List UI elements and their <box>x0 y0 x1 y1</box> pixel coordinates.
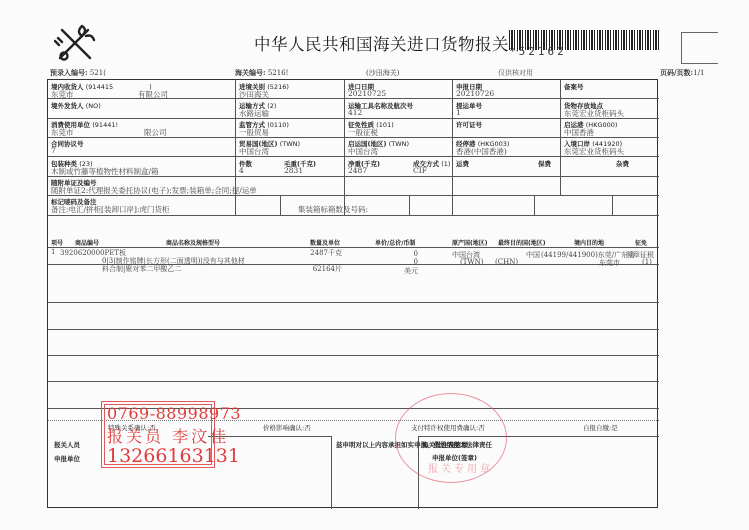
record-no-label: 备案号 <box>564 82 584 91</box>
dest-country-code: (CHN) <box>495 258 518 266</box>
page-indicator: 页码/页数:1/1 <box>660 68 704 78</box>
th-goods-name: 商品名称及规格型号 <box>166 238 220 247</box>
quantity-2: 62164片 <box>297 264 342 274</box>
unit-price: 0 <box>378 250 418 258</box>
th-origin: 原产国(地区) <box>452 238 488 247</box>
transaction-mode-value: CIF <box>413 166 427 175</box>
origin-code: (TWN) <box>460 258 483 266</box>
th-item-no: 项号 <box>51 238 63 247</box>
gross-weight-value: 2831 <box>284 166 303 175</box>
th-levy: 征免 <box>635 238 647 247</box>
th-hs-code: 商品编号 <box>75 238 99 247</box>
origin-country-value: 中国台湾 <box>348 146 378 157</box>
levy-nature-value: 一般征税 <box>348 127 378 138</box>
broker-phone: 0769-88998973 <box>107 404 241 423</box>
broker-mobile: 13266163131 <box>107 445 240 467</box>
customs-office: (沙田海关) <box>366 68 399 78</box>
supervision-value: 一般贸易 <box>239 127 269 138</box>
documents-value: 随附单证2:代理报关委托协议(电子);发票;装箱单;合同;提/运单 <box>51 185 257 196</box>
transport-mode-value: 水路运输 <box>239 108 269 119</box>
departure-port-value: 中国香港 <box>564 127 594 138</box>
trade-country-value: 中国台湾 <box>239 146 269 157</box>
customs-emblem-icon <box>52 22 100 64</box>
overseas-shipper-label: 境外发货人 (NO) <box>51 101 101 110</box>
price-influence-confirm: 价格影响确认:否 <box>263 423 311 432</box>
insurance-label: 保费 <box>538 159 551 168</box>
th-price: 单价/总价/币制 <box>375 238 415 247</box>
qr-placeholder <box>681 32 718 64</box>
form-title: 中华人民共和国海关进口货物报关单 <box>254 31 526 55</box>
entry-customs-value: 沙田海关 <box>239 89 269 100</box>
self-pay-confirm: 自报自缴:是 <box>583 423 618 432</box>
levy-code: (1) <box>642 258 652 266</box>
item-no: 1 <box>51 248 55 256</box>
entry-port-value: 东莞宏业货柜码头 <box>564 146 624 157</box>
vessel-value: 412 <box>348 108 362 117</box>
contract-no-value: 7 <box>51 146 56 155</box>
quantity-1: 2487千克 <box>297 248 342 258</box>
spec-line-2: 料合制|聚对苯二甲酸乙二 <box>102 264 181 274</box>
declaring-unit-label: 申报单位 <box>54 454 80 463</box>
declarant-label: 报关人员 <box>54 440 80 449</box>
customs-number: 海关编号: 5216! <box>235 68 288 78</box>
company-seal-text: 报关专用章 <box>428 460 493 475</box>
domestic-dest-city: 东莞市 <box>599 258 620 268</box>
storage-place-value: 东莞宏业货柜码头 <box>564 108 624 119</box>
consumer-city: 东莞市 <box>51 127 74 138</box>
pre-entry-number: 预录入编号: 521( <box>50 68 106 78</box>
transit-port-value: 香港(中国香港) <box>456 146 507 157</box>
remarks-value: 备注:电汇/拼柜[装卸口岸]:虎门货柜 <box>51 204 169 215</box>
import-date-value: 20210725 <box>348 89 386 98</box>
verification-note: 仅供核对用 <box>498 68 533 78</box>
consignee-city: 东莞市 <box>51 89 74 100</box>
net-weight-value: 2487 <box>348 166 367 175</box>
bill-no-value: 1 <box>456 108 461 117</box>
th-domestic-dest: 境内目的地 <box>574 238 604 247</box>
declare-date-value: 20210726 <box>456 89 494 98</box>
consumer-company: 限公司 <box>144 127 167 138</box>
package-type-value: 木制或竹藤等植物性材料制盒/箱 <box>51 166 159 177</box>
broker-name: 报关员 李汶佳 <box>107 424 229 447</box>
currency: 美元 <box>378 266 418 276</box>
total-price: 0 <box>378 258 418 266</box>
th-quantity: 数量及单位 <box>310 238 340 247</box>
barcode-number: *52162 <box>509 45 567 58</box>
freight-label: 运费 <box>456 159 469 168</box>
permit-no-label: 许可证号 <box>456 120 482 129</box>
container-label: 集装箱标箱数及号码: <box>298 204 368 215</box>
th-dest-country: 最终目的国(地区) <box>498 238 546 247</box>
dest-country: 中国 <box>526 250 540 260</box>
domestic-dest: (44199/441900)东莞/广东省 <box>541 250 635 260</box>
misc-fee-label: 杂费 <box>616 159 629 168</box>
packages-value: 4 <box>239 166 244 175</box>
consignee-company: 有限公司 <box>138 89 168 100</box>
